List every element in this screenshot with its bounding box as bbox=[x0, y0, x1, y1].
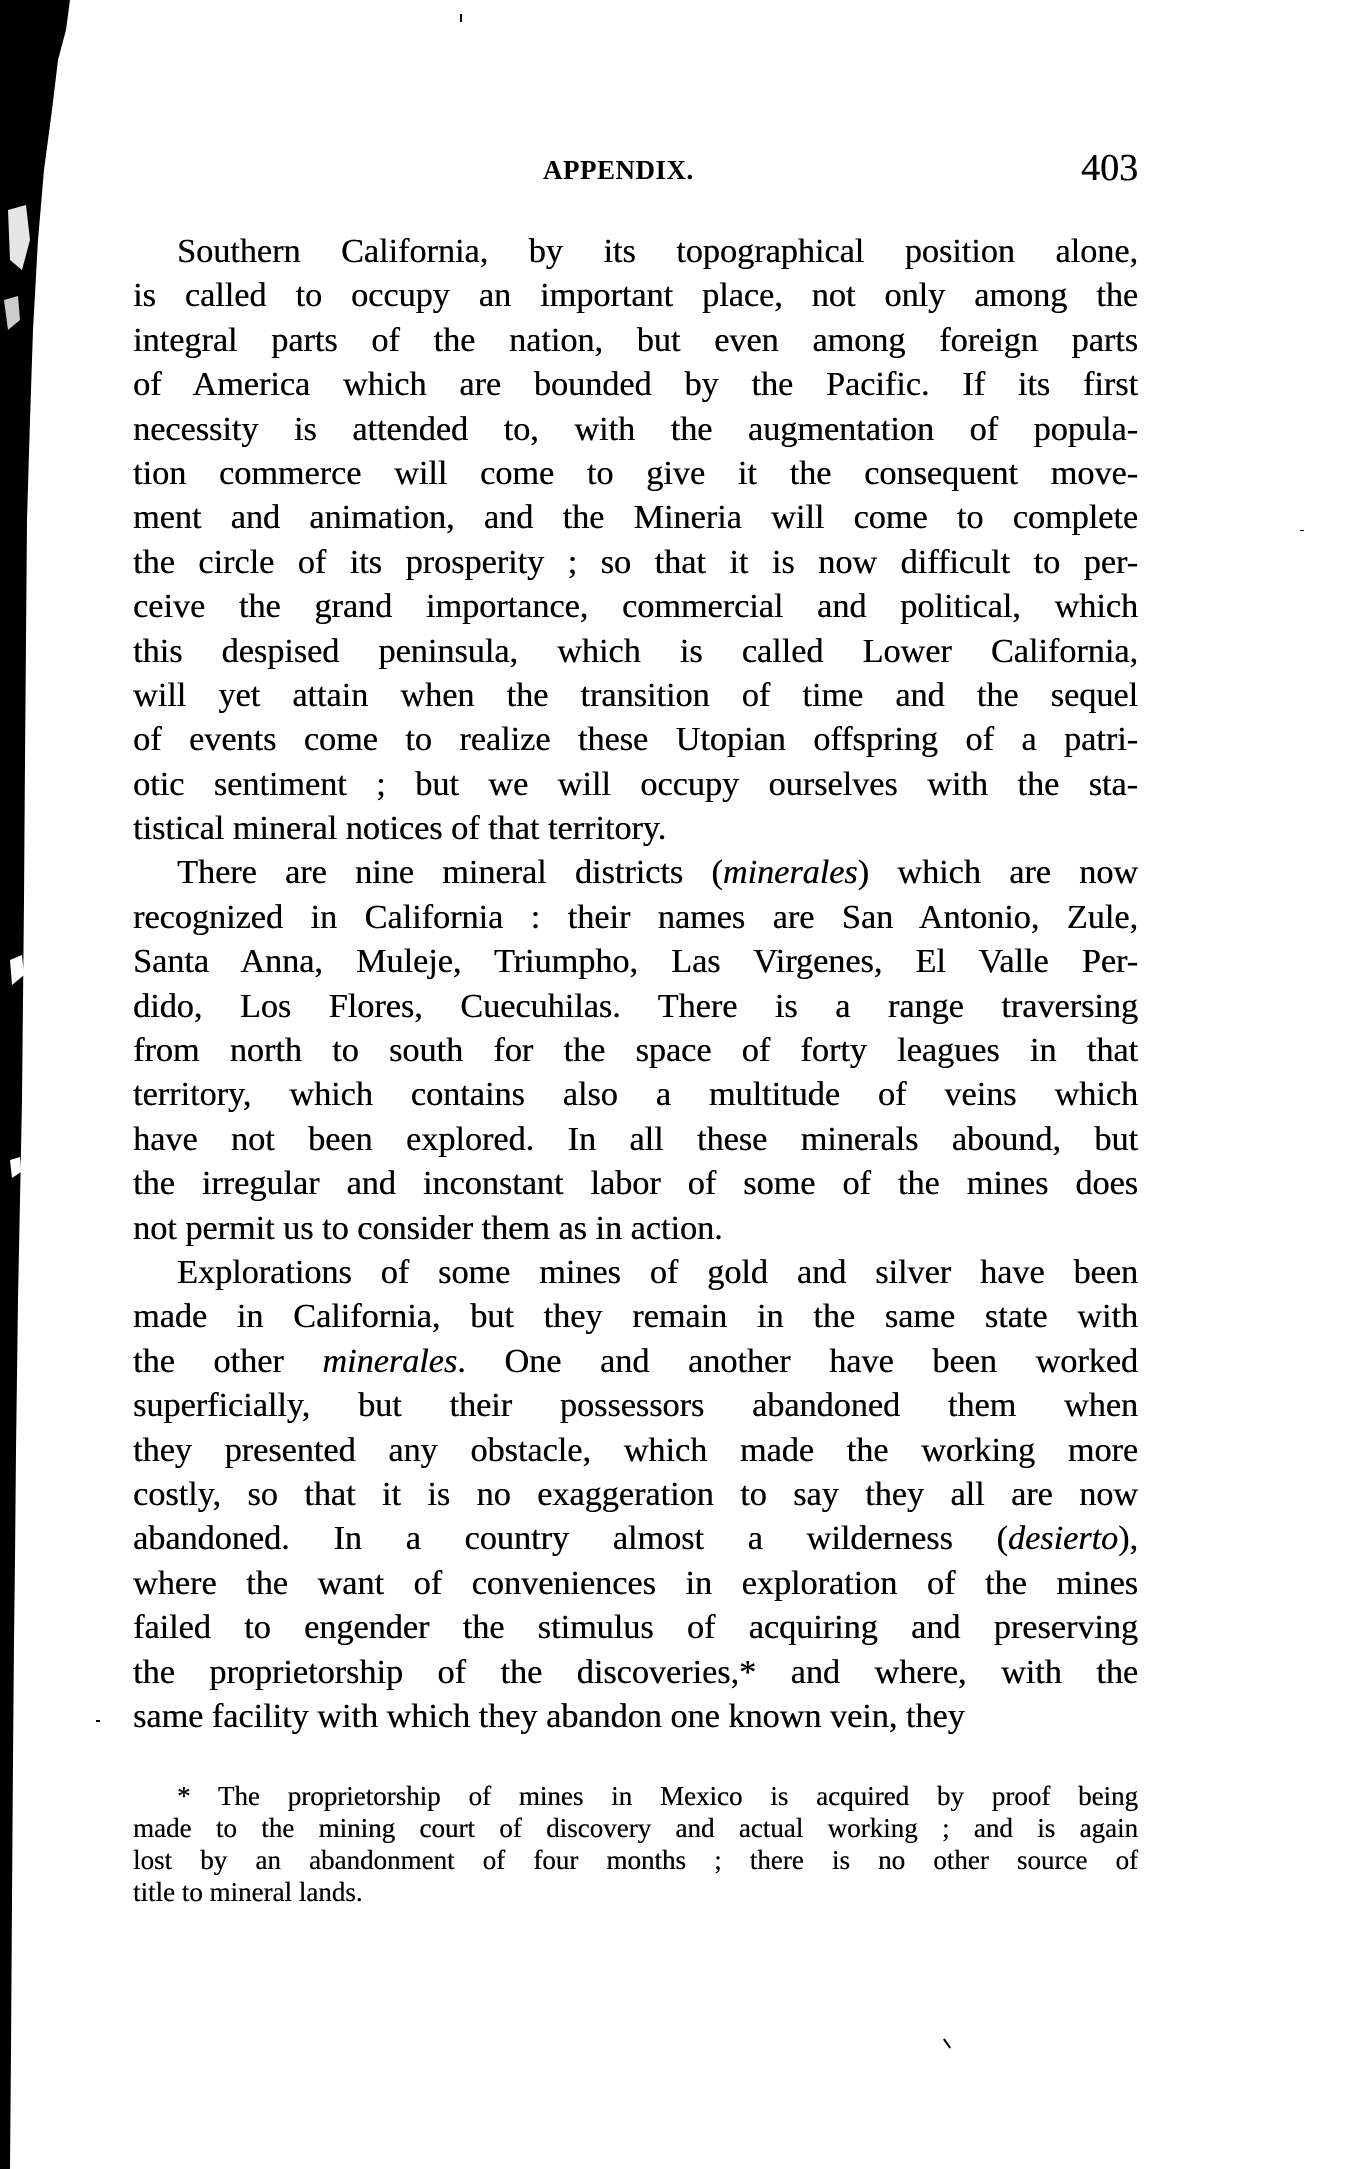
text-line: There are nine mineral districts (minera… bbox=[133, 851, 1138, 895]
text-line: this despised peninsula, which is called… bbox=[133, 630, 1138, 674]
text-line: Explorations of some mines of gold and s… bbox=[133, 1251, 1138, 1295]
italic-term: minerales bbox=[723, 854, 858, 891]
running-head: APPENDIX. 403 bbox=[133, 152, 1138, 188]
scan-speck bbox=[1300, 530, 1304, 531]
text-line: of events come to realize these Utopian … bbox=[133, 718, 1138, 762]
text-line: they presented any obstacle, which made … bbox=[133, 1429, 1138, 1473]
text-line: the proprietorship of the discoveries,* … bbox=[133, 1651, 1138, 1695]
text-line: have not been explored. In all these min… bbox=[133, 1118, 1138, 1162]
text-line: ceive the grand importance, commercial a… bbox=[133, 585, 1138, 629]
text-line: made in California, but they remain in t… bbox=[133, 1295, 1138, 1339]
text-line: from north to south for the space of for… bbox=[133, 1029, 1138, 1073]
text-line: same facility with which they abandon on… bbox=[133, 1695, 1138, 1739]
text-line: otic sentiment ; but we will occupy ours… bbox=[133, 763, 1138, 807]
text-line: * The proprietorship of mines in Mexico … bbox=[133, 1780, 1138, 1812]
text-line: the irregular and inconstant labor of so… bbox=[133, 1162, 1138, 1206]
text-line: failed to engender the stimulus of acqui… bbox=[133, 1606, 1138, 1650]
text-line: tistical mineral notices of that territo… bbox=[133, 807, 1138, 851]
italic-term: desierto bbox=[1008, 1520, 1118, 1557]
footnote: * The proprietorship of mines in Mexico … bbox=[133, 1780, 1138, 1908]
text-line: lost by an abandonment of four months ; … bbox=[133, 1844, 1138, 1876]
text-line: necessity is attended to, with the augme… bbox=[133, 408, 1138, 452]
text-line: where the want of conveniences in explor… bbox=[133, 1562, 1138, 1606]
text-line: costly, so that it is no exaggeration to… bbox=[133, 1473, 1138, 1517]
paragraph: Southern California, by its topographica… bbox=[133, 230, 1138, 851]
text-line: not permit us to consider them as in act… bbox=[133, 1207, 1138, 1251]
text-line: the circle of its prosperity ; so that i… bbox=[133, 541, 1138, 585]
text-line: the other minerales. One and another hav… bbox=[133, 1340, 1138, 1384]
text-line: territory, which contains also a multitu… bbox=[133, 1073, 1138, 1117]
text-line: title to mineral lands. bbox=[133, 1876, 1138, 1908]
paragraph: Explorations of some mines of gold and s… bbox=[133, 1251, 1138, 1739]
text-line: of America which are bounded by the Paci… bbox=[133, 363, 1138, 407]
text-line: Southern California, by its topographica… bbox=[133, 230, 1138, 274]
text-line: is called to occupy an important place, … bbox=[133, 274, 1138, 318]
text-line: will yet attain when the transition of t… bbox=[133, 674, 1138, 718]
scanned-book-page: APPENDIX. 403 Southern California, by it… bbox=[0, 0, 1359, 2169]
text-line: integral parts of the nation, but even a… bbox=[133, 319, 1138, 363]
text-line: abandoned. In a country almost a wildern… bbox=[133, 1517, 1138, 1561]
scan-speck bbox=[460, 14, 462, 22]
text-line: superficially, but their possessors aban… bbox=[133, 1384, 1138, 1428]
scan-speck bbox=[96, 1720, 100, 1722]
text-line: ment and animation, and the Mineria will… bbox=[133, 496, 1138, 540]
text-line: tion commerce will come to give it the c… bbox=[133, 452, 1138, 496]
text-line: dido, Los Flores, Cuecuhilas. There is a… bbox=[133, 985, 1138, 1029]
running-title: APPENDIX. bbox=[543, 152, 694, 188]
paragraph: There are nine mineral districts (minera… bbox=[133, 851, 1138, 1251]
body-text: Southern California, by its topographica… bbox=[133, 230, 1138, 1739]
scan-speck bbox=[943, 2038, 951, 2048]
page-number: 403 bbox=[1081, 148, 1138, 188]
binding-shadow bbox=[0, 0, 80, 2169]
text-line: recognized in California : their names a… bbox=[133, 896, 1138, 940]
italic-term: minerales bbox=[322, 1343, 457, 1380]
text-line: Santa Anna, Muleje, Triumpho, Las Virgen… bbox=[133, 940, 1138, 984]
text-line: made to the mining court of discovery an… bbox=[133, 1812, 1138, 1844]
